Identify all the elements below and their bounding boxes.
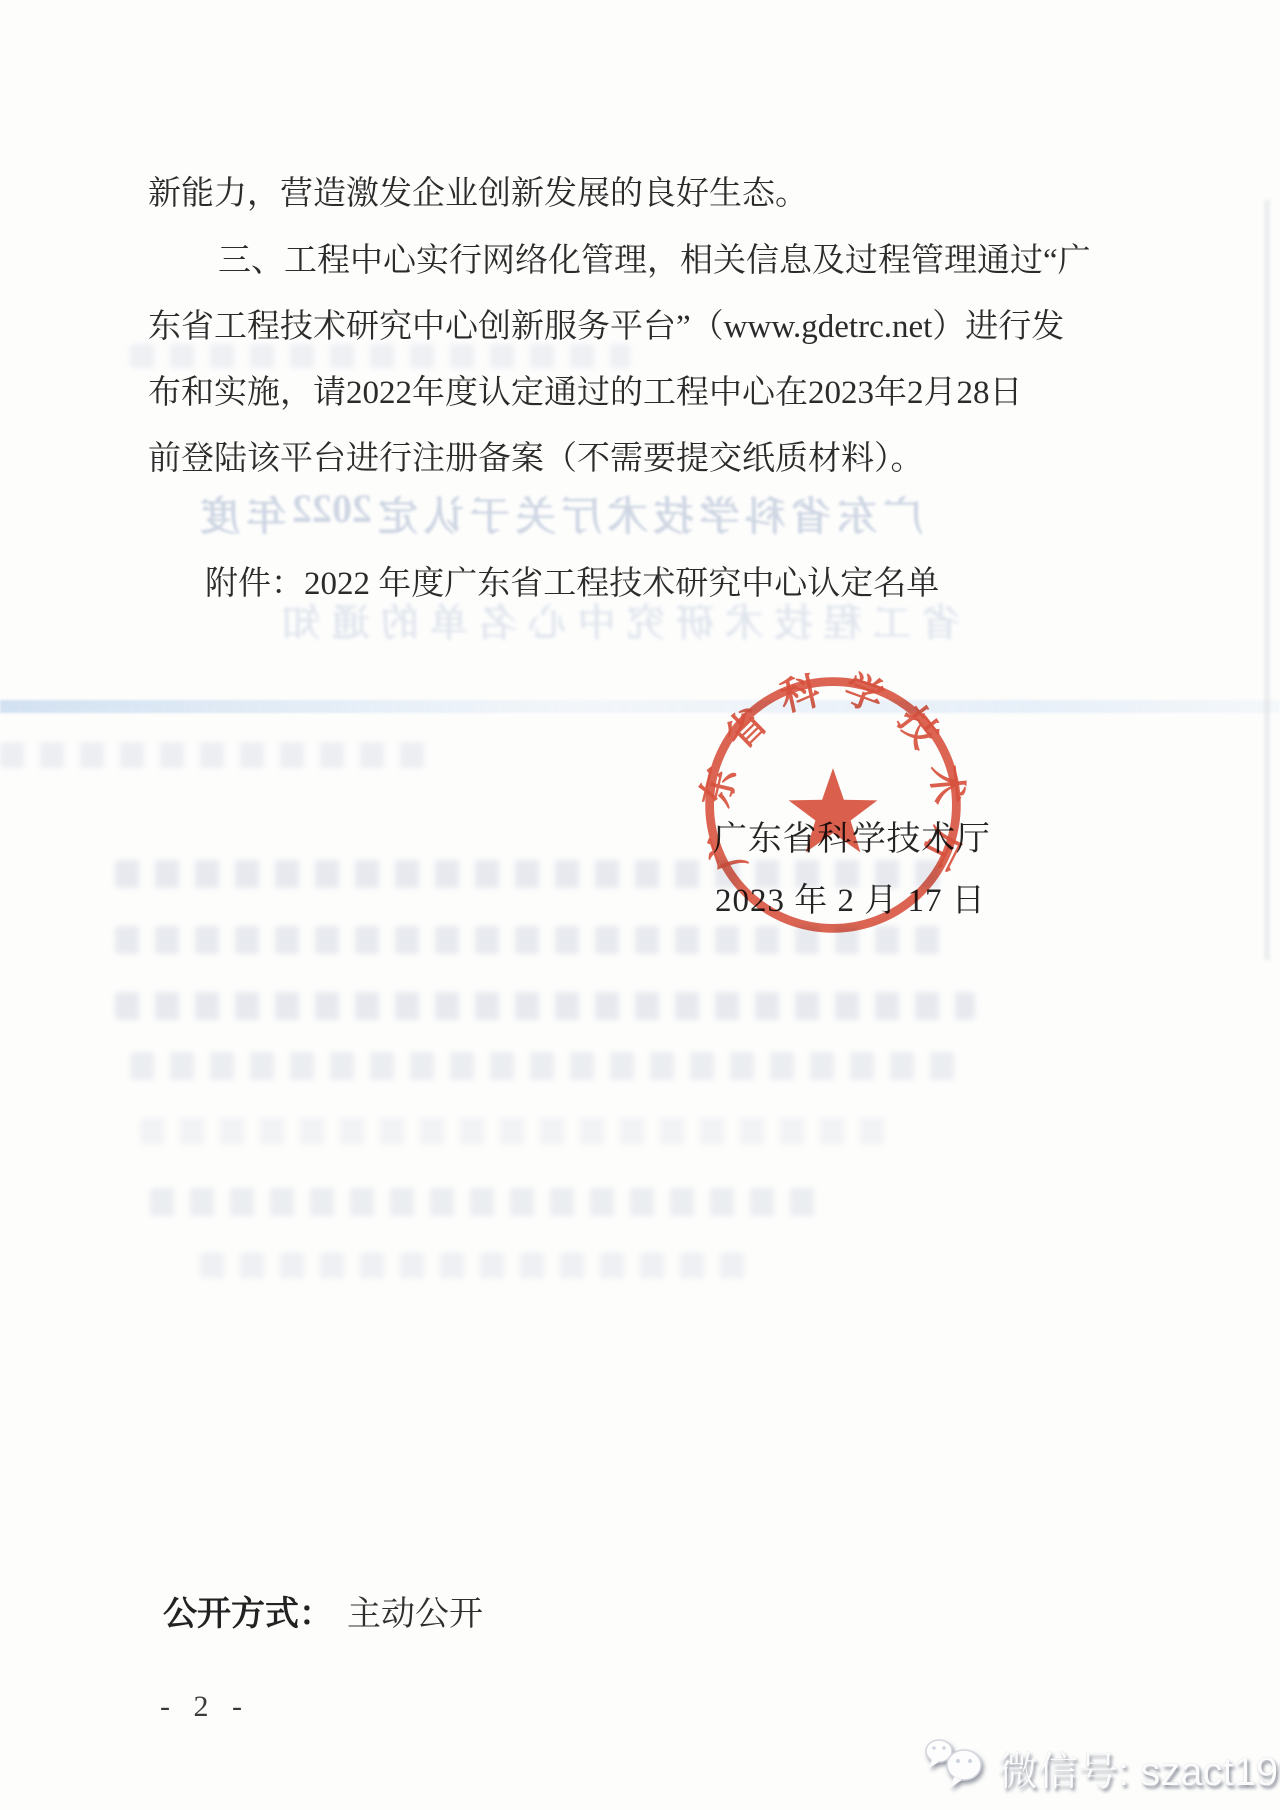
publicity-label: 公开方式：	[163, 1595, 333, 1633]
seal-star	[789, 768, 878, 852]
wechat-icon	[922, 1736, 990, 1792]
bleed-smudge	[115, 992, 975, 1020]
body-line-4: 布和实施，请 2022 年度认定通过的工程中心在 2023 年 2 月 28 日	[148, 375, 1000, 413]
bleed-smudge	[140, 1118, 900, 1144]
publicity-value: 主动公开	[347, 1596, 483, 1633]
ghost-title-line-1: 广东省科学技术厅关于认定 2022 年度	[200, 485, 923, 542]
bleed-smudge	[130, 344, 630, 368]
attachment-line: 附件：2022 年度广东省工程技术研究中心认定名单	[205, 566, 939, 604]
scanned-document-page: 广东省科学技术厅关于认定 2022 年度 省工程技术研究中心名单的通知 新能力，…	[0, 0, 1280, 1810]
publicity-line: 公开方式：主动公开	[163, 1586, 483, 1635]
official-seal: 广东省科学技术厅	[697, 669, 969, 941]
bleed-smudge	[200, 1252, 760, 1278]
seal-graphic: 广东省科学技术厅	[697, 669, 969, 941]
scan-streak	[0, 700, 1280, 713]
body-line-1: 新能力，营造激发企业创新发展的良好生态。	[148, 176, 808, 214]
bleed-smudge	[130, 1052, 970, 1080]
body-line-3: 东省工程技术研究中心创新服务平台”（www.gdetrc.net）进行发	[148, 309, 1000, 347]
wechat-watermark-text: 微信号: szact1999	[998, 1740, 1280, 1797]
scan-edge-streak	[1264, 200, 1270, 960]
body-line-2: 三、工程中心实行网络化管理，相关信息及过程管理通过“广	[218, 243, 1000, 281]
bleed-smudge	[0, 742, 430, 768]
page-number: - 2 -	[160, 1690, 250, 1724]
bleed-smudge	[150, 1188, 830, 1216]
body-line-5: 前登陆该平台进行注册备案（不需要提交纸质材料）。	[148, 441, 924, 479]
